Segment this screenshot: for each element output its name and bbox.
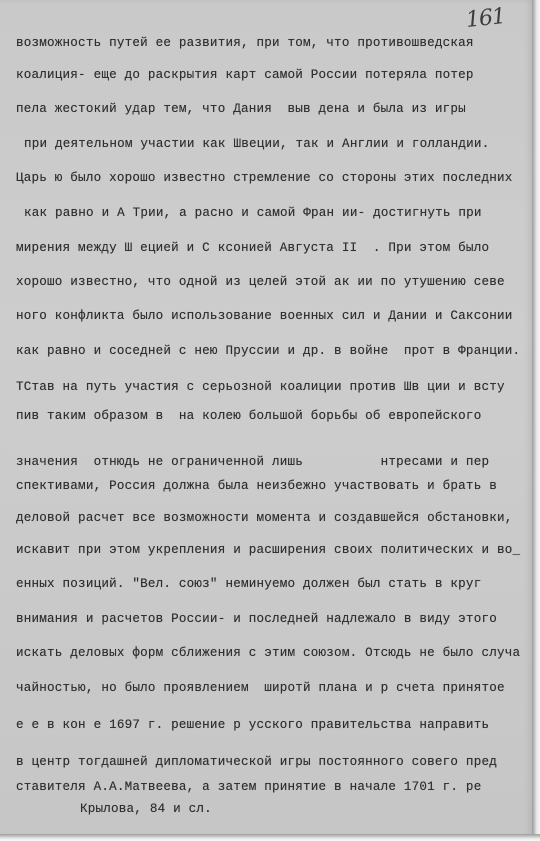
text-line: хорошо известно, что одной из целей этой… <box>16 275 505 289</box>
text-line: ного конфликта было использование военны… <box>16 309 512 323</box>
text-line: внимания и расчетов России- и последней … <box>16 612 497 626</box>
text-line: ТСтав на путь участия с серьозной коалиц… <box>16 380 505 394</box>
text-line: искавит при этом укрепления и расширения… <box>16 543 520 557</box>
text-line: деловой расчет все возможности момента и… <box>16 511 512 525</box>
text-line: Крылова, 84 и сл. <box>80 802 212 816</box>
text-line: пела жестокий удар тем, что Дания выв де… <box>16 102 466 116</box>
page-edge-bottom <box>0 834 540 841</box>
text-line: как равно и А Трии, а расно и самой Фран… <box>24 206 482 220</box>
page-edge-right <box>532 0 540 841</box>
text-line: чайностью, но было проявлением широтй пл… <box>16 681 505 695</box>
text-line: е е в кон е 1697 г. решение р усского пр… <box>16 718 489 732</box>
text-line: возможность путей ее развития, при том, … <box>16 36 474 50</box>
text-line: как равно и соседней с нею Пруссии и др.… <box>16 344 520 358</box>
text-line: мирения между Ш ецией и С ксонией Август… <box>16 241 489 255</box>
text-line: спективами, Россия должна была неизбежно… <box>16 479 497 493</box>
text-line: коалиция- еще до раскрытия карт самой Ро… <box>16 68 474 82</box>
page-number-handwritten: 161 <box>465 4 506 33</box>
text-line: искать деловых форм сближения с этим сою… <box>16 646 520 660</box>
text-line: енных позиций. "Вел. союз" неминуемо дол… <box>16 577 481 591</box>
text-line: в центр тогдашней дипломатической игры п… <box>16 755 497 769</box>
document-page: 161 возможность путей ее развития, при т… <box>0 0 533 837</box>
text-line: Царь ю было хорошо известно стремление с… <box>16 171 512 185</box>
text-line: при деятельном участии как Швеции, так и… <box>24 137 489 151</box>
text-line: пив таким образом в на колею большой бор… <box>16 409 481 423</box>
text-line: значения отнюдь не ограниченной лишь нтр… <box>16 455 489 469</box>
text-line: ставителя А.А.Матвеева, а затем принятие… <box>16 780 481 794</box>
